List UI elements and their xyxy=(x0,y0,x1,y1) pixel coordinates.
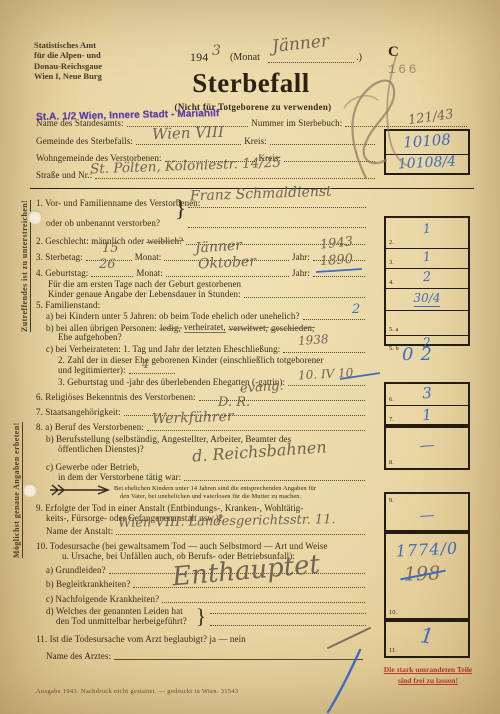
spouse-birthdate-handwritten: 10. IV 10 xyxy=(298,366,354,383)
stat-box-group-a: 2. 1 3. 1 4. 2 30/4 5. a 5. b 2 xyxy=(384,216,470,346)
blank-line xyxy=(147,428,365,431)
q8b-line2: öffentlichen Dienstes)? xyxy=(58,444,144,454)
q8a-label: 8. a) Beruf des Verstorbenen: xyxy=(36,422,144,432)
blank-line xyxy=(303,317,365,320)
folio-number-stamp: 166 xyxy=(388,62,419,77)
stat-row-value: 2 xyxy=(386,267,469,288)
stat-box-group-b: 6. 3 7. 1 xyxy=(384,382,470,426)
monat-close-label: .) xyxy=(356,52,362,63)
hours-value: 30/4 xyxy=(414,291,441,307)
q11-name-row: Name des Arztes: xyxy=(46,651,366,661)
code-bottom-handwritten: 10108/4 xyxy=(386,153,469,173)
issuer-block: Statistisches Amt für die Alpen- und Don… xyxy=(34,40,102,81)
religion-handwritten: evang. xyxy=(240,378,285,396)
q5b-underlined-verheiratet: verheiratet, xyxy=(184,322,226,333)
q10-line1: 10. Todesursache (bei gewaltsamem Tod — … xyxy=(36,541,328,551)
hole-punch-top xyxy=(28,210,42,224)
q6-row: 6. Religiöses Bekenntnis des Verstorbene… xyxy=(36,392,368,402)
strasse-label: Straße und Nr.: xyxy=(36,170,92,180)
blank-line xyxy=(210,625,366,626)
issuer-line: Donau-Reichsgaue xyxy=(34,61,102,71)
q11-label: 11. Ist die Todesursache vom Arzt beglau… xyxy=(36,634,246,644)
stat-box-10: 1774/0 198 10. xyxy=(384,532,470,620)
stat-row-6: 6. 3 xyxy=(386,384,468,405)
q5b-struck-geschieden: geschieden, xyxy=(271,323,314,333)
arrow-icon xyxy=(50,485,108,495)
q5c2-line1: 2. Zahl der in dieser Ehe geborenen Kind… xyxy=(58,355,324,365)
blank-line xyxy=(91,274,133,277)
code-row: 10108 xyxy=(386,132,468,154)
q10c-label: c) Nachfolgende Krankheiten? xyxy=(46,594,159,604)
jahr-label: Jahr: xyxy=(292,252,310,262)
q8c-line1: c) Gewerbe oder Betrieb, xyxy=(46,462,139,472)
q5-label: 5. Familienstand: xyxy=(36,300,100,310)
death-day-handwritten: 15 xyxy=(102,241,119,256)
stat-row-value: 1 xyxy=(385,402,468,427)
q10b-label: b) Begleitkrankheiten? xyxy=(46,579,130,589)
stat-row-4: 4. 2 xyxy=(386,268,468,288)
children-count-handwritten: 4 xyxy=(142,358,149,371)
q4-label: 4. Geburtstag: xyxy=(36,268,88,278)
q11-name-label: Name des Arztes: xyxy=(46,651,111,661)
arrow-note-line2: den Vater, bei unehelichen und vaterlose… xyxy=(120,493,301,500)
imprint: Ausgabe 1943. Nachdruck nicht gestattet.… xyxy=(36,688,238,695)
q4-note2-row: Kinder genaue Angabe der Lebensdauer in … xyxy=(48,289,368,299)
stat-row-2: 2. 1 xyxy=(386,222,468,248)
stat-row-value: 3 xyxy=(385,381,468,405)
blank-line xyxy=(313,274,365,277)
year-handwritten: 3 xyxy=(212,43,221,59)
q5b-struck-ledig: ledig, xyxy=(160,323,181,333)
profession-handwritten: Werkführer xyxy=(152,409,234,428)
monat-open-label: (Monat xyxy=(230,52,260,63)
blank-line xyxy=(166,274,289,277)
gemeinde-label: Gemeinde des Sterbefalls: xyxy=(36,136,133,146)
q2-struck-word: weiblich? xyxy=(147,236,183,246)
deceased-name-handwritten: Franz Schmaldienst xyxy=(190,184,332,205)
q5b-line2: Ehe aufgehoben? xyxy=(58,332,122,342)
birth-day-handwritten: 26 xyxy=(99,257,116,272)
pencil-slash-q11 xyxy=(328,628,370,648)
monat-blank-line xyxy=(268,62,354,63)
corner-letter: C xyxy=(388,44,399,61)
q4-note2: Kinder genaue Angabe der Lebensdauer in … xyxy=(48,289,241,299)
q10d-brace: } xyxy=(196,604,206,629)
q2-label: 2. Geschlecht: männlich oder xyxy=(36,236,144,246)
standesamt-row: Name des Standesamts: Nummer im Sterbebu… xyxy=(36,118,470,128)
cause-code-pencil-crossed: 198 xyxy=(404,562,441,585)
birth-year-handwritten: 1890 xyxy=(320,252,354,269)
loose-blue-number: 02 xyxy=(402,344,439,365)
q10a-label: a) Grundleiden? xyxy=(46,565,106,575)
birth-month-handwritten: Oktober xyxy=(198,253,257,272)
blank-line xyxy=(288,383,365,386)
arrow-note-line1: Bei ehelichen Kindern unter 14 Jahren si… xyxy=(114,485,316,492)
stat-box-label: 10. xyxy=(389,609,397,616)
nationality-handwritten: D. R. xyxy=(218,395,250,410)
q7-label: 7. Staatsangehörigkeit: xyxy=(36,407,121,417)
stat-row-hours: 30/4 xyxy=(386,288,468,310)
stat-box-label: 11. xyxy=(389,647,397,654)
stat-row-value: 30/4 xyxy=(386,291,468,305)
q5c2-line2-row: und legitimierter): xyxy=(58,365,178,375)
blank-line xyxy=(210,613,366,614)
q5b-struck-verwitwet: verwitwet, xyxy=(229,323,268,333)
form-title: Sterbefall xyxy=(146,68,356,99)
q10d-line2: den Tod unmittelbar herbeigeführt? xyxy=(56,616,187,626)
stat-box-11: 11. 1 xyxy=(384,620,470,658)
blank-line xyxy=(162,600,365,603)
q5c-label: c) bei Verheirateten: 1. Tag und Jahr de… xyxy=(46,344,280,354)
blank-line xyxy=(129,371,175,374)
stat-row-3: 3. 1 xyxy=(386,248,468,268)
blank-line xyxy=(114,657,363,660)
blank-line xyxy=(284,159,375,162)
stat-box-value: 1 xyxy=(385,619,469,653)
q10d-line1: d) Welches der genannten Leiden hat xyxy=(46,606,183,616)
monat-label: Monat: xyxy=(136,268,163,278)
stat-box-value: — xyxy=(385,433,468,457)
stat-box-9: 9. — xyxy=(384,492,470,532)
blank-line xyxy=(184,478,365,481)
blank-line xyxy=(116,532,365,535)
issuer-line: Wien I, Neue Burg xyxy=(34,71,102,81)
stat-row-value: 1 xyxy=(386,218,469,240)
death-year-handwritten: 1943 xyxy=(319,234,353,252)
q4-note1: Für die am ersten Tage nach der Geburt g… xyxy=(48,279,241,289)
statistik-code-box: 10108 10108/4 xyxy=(384,129,470,175)
q8c-line2-row: in dem der Verstorbene tätig war: xyxy=(58,472,368,482)
red-note-line2: sind frei zu lassen! xyxy=(380,675,476,686)
red-note: Die stark umrandeten Teile sind frei zu … xyxy=(380,664,476,686)
standesamt-label: Name des Standesamts: xyxy=(36,118,124,128)
q9-name-label: Name der Anstalt: xyxy=(46,526,113,536)
q3-label: 3. Sterbetag: xyxy=(36,252,83,262)
blank-line xyxy=(283,350,365,353)
blank-line xyxy=(188,207,366,208)
stat-row-label: 5. a xyxy=(389,326,398,333)
stat-box-label: 9. xyxy=(389,497,394,504)
monat-label: Monat: xyxy=(135,252,162,262)
cause-code-blue: 1774/0 xyxy=(386,538,469,561)
q8c-line2: in dem der Verstorbene tätig war: xyxy=(58,472,181,482)
stat-box-8: 8. — xyxy=(384,426,470,470)
kreis-label: Kreis: xyxy=(244,136,267,146)
q5a-blue-mark: 2 xyxy=(352,302,360,317)
sterbefall-form: Zutreffendes ist zu unterstreichen! Mögl… xyxy=(0,0,500,714)
issuer-line: Statistisches Amt xyxy=(34,40,102,50)
blank-line xyxy=(188,227,366,228)
q5a-row: a) bei Kindern unter 5 Jahren: ob beim T… xyxy=(46,311,368,321)
monat-handwritten: Jänner xyxy=(271,31,330,57)
stat-box-value: — xyxy=(385,503,468,527)
year-printed: 194 xyxy=(190,50,208,65)
stat-row-value: 1 xyxy=(386,246,469,268)
q1-line2: oder ob unbenannt verstorben? xyxy=(46,218,160,228)
blank-line xyxy=(95,176,375,179)
hole-punch-bottom xyxy=(23,483,37,497)
q6-label: 6. Religiöses Bekenntnis des Verstorbene… xyxy=(36,392,196,402)
code-row: 10108/4 xyxy=(386,154,468,175)
stat-row-5a: 5. a xyxy=(386,310,468,335)
code-top-handwritten: 10108 xyxy=(385,129,468,153)
q9-line1: 9. Erfolgte der Tod in einer Anstalt (En… xyxy=(36,503,303,513)
stat-row-7: 7. 1 xyxy=(386,405,468,425)
jahr-label: Jahr: xyxy=(292,268,310,278)
q10c-row: c) Nachfolgende Krankheiten? xyxy=(46,594,368,604)
q1-brace: } xyxy=(175,196,186,222)
blank-line xyxy=(345,124,467,127)
gemeinde-handwritten: Wien VIII xyxy=(152,123,224,143)
issuer-line: für die Alpen- und xyxy=(34,50,102,60)
blank-line xyxy=(270,142,375,145)
q5a-label: a) bei Kindern unter 5 Jahren: ob beim T… xyxy=(46,311,300,321)
marriage-year-handwritten: 1938 xyxy=(298,332,329,348)
stat-box-label: 8. xyxy=(389,459,394,466)
q5c2-line2: und legitimierter): xyxy=(58,365,126,375)
margin-note-accuracy: Möglichst genaue Angaben erbeten! xyxy=(12,422,23,558)
blank-line xyxy=(244,295,365,298)
red-note-line1: Die stark umrandeten Teile xyxy=(380,664,476,675)
sterbebuch-label: Nummer im Sterbebuch: xyxy=(251,118,342,128)
